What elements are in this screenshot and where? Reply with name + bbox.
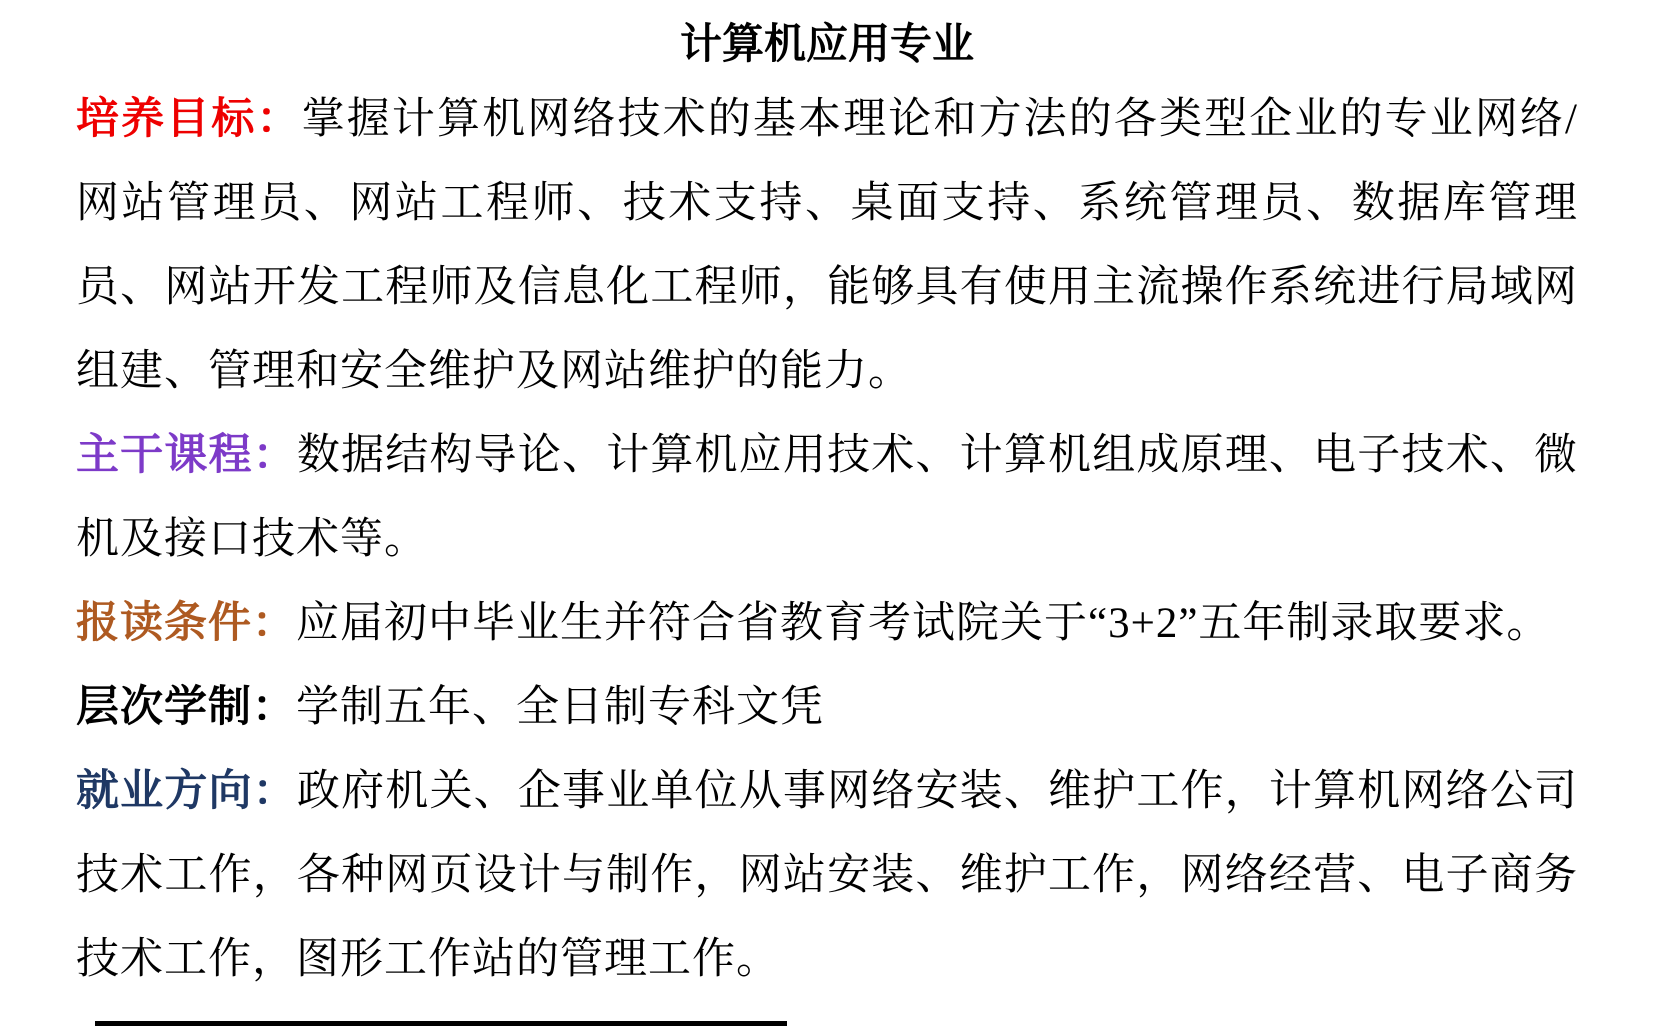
program-level-label: 层次学制： bbox=[76, 684, 296, 731]
paragraph-training-objectives: 培养目标：掌握计算机网络技术的基本理论和方法的各类型企业的专业网络/网站管理员、… bbox=[76, 78, 1578, 414]
cropped-next-line-artifact bbox=[95, 1021, 787, 1026]
main-courses-text: 数据结构导论、计算机应用技术、计算机组成原理、电子技术、微机及接口技术等。 bbox=[76, 432, 1578, 563]
program-level-text: 学制五年、全日制专科文凭 bbox=[296, 684, 824, 731]
page-title: 计算机应用专业 bbox=[76, 12, 1578, 78]
career-direction-label: 就业方向： bbox=[76, 768, 297, 815]
training-objectives-label: 培养目标： bbox=[76, 96, 302, 143]
paragraph-career-direction: 就业方向：政府机关、企事业单位从事网络安装、维护工作，计算机网络公司技术工作，各… bbox=[76, 750, 1578, 1002]
training-objectives-text: 掌握计算机网络技术的基本理论和方法的各类型企业的专业网络/网站管理员、网站工程师… bbox=[76, 96, 1578, 395]
admission-requirements-text: 应届初中毕业生并符合省教育考试院关于“3+2”五年制录取要求。 bbox=[296, 600, 1550, 647]
paragraph-admission-requirements: 报读条件：应届初中毕业生并符合省教育考试院关于“3+2”五年制录取要求。 bbox=[76, 582, 1578, 666]
paragraph-main-courses: 主干课程：数据结构导论、计算机应用技术、计算机组成原理、电子技术、微机及接口技术… bbox=[76, 414, 1578, 582]
admission-requirements-label: 报读条件： bbox=[76, 600, 296, 647]
career-direction-text: 政府机关、企事业单位从事网络安装、维护工作，计算机网络公司技术工作，各种网页设计… bbox=[76, 768, 1578, 983]
document-page: 计算机应用专业 培养目标：掌握计算机网络技术的基本理论和方法的各类型企业的专业网… bbox=[0, 0, 1654, 1002]
main-courses-label: 主干课程： bbox=[76, 432, 297, 479]
paragraph-program-level: 层次学制：学制五年、全日制专科文凭 bbox=[76, 666, 1578, 750]
